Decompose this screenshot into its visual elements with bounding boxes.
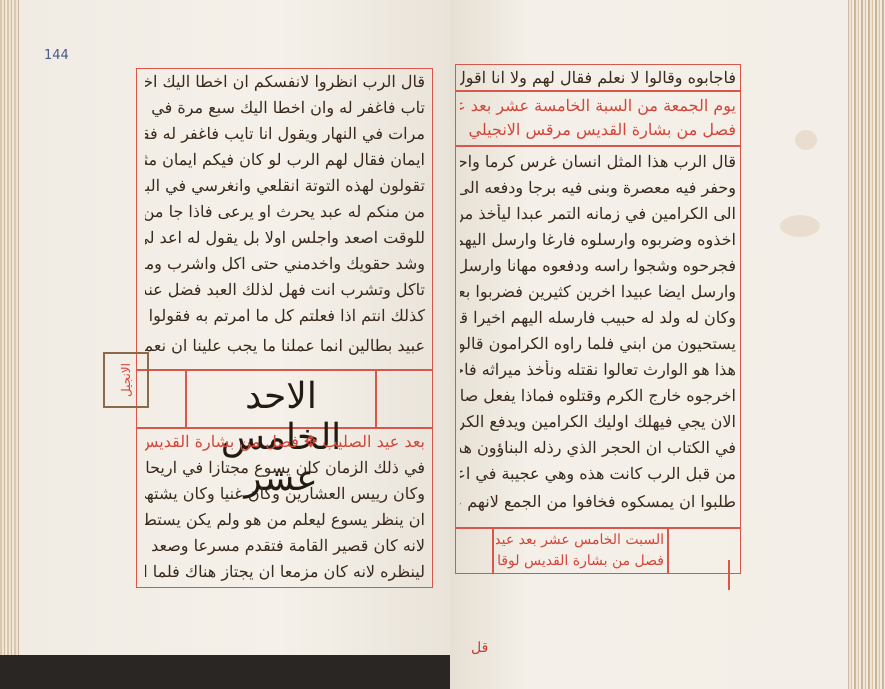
- margin-note-box: الانجيل: [103, 352, 149, 408]
- text-line: تاكل وتشرب انت فهل لذلك العبد فضل عنده ل…: [145, 280, 425, 300]
- stain: [780, 215, 820, 237]
- text-line: هذا هو الوارث تعالوا نقتله ونأخذ ميراثه …: [460, 360, 736, 380]
- text-line: تقولون لهذه التوتة انقلعي وانغرسي في الب…: [145, 176, 425, 196]
- rubric-heading: فصل من بشارة القديس مرقس الانجيلي: [460, 120, 736, 140]
- left-rule-inner-r: [375, 369, 377, 428]
- text-line: وارسل ايضا عبيدا اخرين كثيرين فضربوا بعض…: [460, 282, 736, 302]
- text-line: طلبوا ان يمسكوه فخافوا من الجمع لانهم عل…: [460, 492, 736, 512]
- folio-number: 144: [44, 48, 69, 63]
- text-line: في الكتاب ان الحجر الذي رذله البناؤون هذ…: [460, 438, 736, 458]
- rubric-heading: السبت الخامس عشر بعد عيد الصليب: [496, 530, 664, 550]
- text-line: وكان له ولد له حبيب فارسله اليهم اخيرا ق…: [460, 308, 736, 328]
- right-rule-2: [455, 145, 741, 147]
- text-line: كذلك انتم اذا فعلتم كل ما امرتم به فقولو…: [145, 306, 425, 326]
- text-line: قال الرب هذا المثل انسان غرس كرما واحاط …: [460, 152, 736, 172]
- right-rule-1: [455, 90, 741, 92]
- open-manuscript: 144 قال الرب انظروا لانفسكم ان اخطا اليك…: [0, 0, 885, 689]
- text-line: من منكم له عبد يحرث او يرعى فاذا جا من ا…: [145, 202, 425, 222]
- text-line: ايمان فقال لهم الرب لو كان فيكم ايمان مث…: [145, 150, 425, 170]
- text-line: يستحيون من ابني فلما راوه الكرامون قالوا…: [460, 334, 736, 354]
- catchword: قل: [471, 640, 488, 656]
- margin-note-text: الانجيل: [119, 363, 133, 397]
- text-line: عبيد بطالين انما عملنا ما يجب علينا ان ن…: [145, 336, 425, 356]
- text-line: للوقت اصعد واجلس اولا بل يقول له اعد لي …: [145, 228, 425, 248]
- text-line: اخرجوه خارج الكرم وقتلوه فماذا يفعل صاحب…: [460, 386, 736, 406]
- right-page-edges: [848, 0, 885, 689]
- text-line: الى الكرامين في زمانه التمر عبدا ليأخذ م…: [460, 204, 736, 224]
- text-line: وحفر فيه معصرة وبنى فيه برجا ودفعه الى ك…: [460, 178, 736, 198]
- right-rule-inner-r: [667, 527, 669, 574]
- text-line: قال الرب انظروا لانفسكم ان اخطا اليك اخو…: [145, 72, 425, 92]
- left-rule-top-heading: [136, 369, 433, 371]
- text-line: مرات في النهار ويقول انا تايب فاغفر له ف…: [145, 124, 425, 144]
- text-line: وشد حقويك واخدمني حتى اكل واشرب ومن بعد …: [145, 254, 425, 274]
- text-line: ان ينظر يسوع ليعلم من هو ولم يكن يستطيع …: [145, 510, 425, 530]
- right-rule-3: [455, 527, 741, 529]
- text-line: وكان رييس العشارين وكان غنيا وكان يشتهي: [145, 484, 425, 504]
- text-line: فجرحوه وشجوا راسه ودفعوه مهانا وارسل ايض…: [460, 256, 736, 276]
- text-line: لينظره لانه كان مزمعا ان يجتاز هناك فلما…: [145, 562, 425, 582]
- rubric-heading: بعد عيد الصليب ✥ فصل من بشارة القديس لوق…: [145, 432, 425, 452]
- right-rule-inner-l: [492, 527, 494, 574]
- rubric-heading: يوم الجمعة من السبة الخامسة عشر بعد عيد …: [460, 96, 736, 116]
- text-line: من قبل الرب كانت هذه وهي عجيبة في اعيننا…: [460, 464, 736, 484]
- text-line: تاب فاغفر له وان اخطا اليك سبع مرة في ال…: [145, 98, 425, 118]
- text-line: في ذلك الزمان كان يسوع مجتازا في اريحا و…: [145, 458, 425, 478]
- right-rule-ext: [728, 560, 730, 590]
- text-line: لانه كان قصير القامة فتقدم مسرعا وصعد ال…: [145, 536, 425, 556]
- rubric-heading: فصل من بشارة القديس لوقا الانجيلي: [496, 551, 664, 571]
- text-line: اخذوه وضربوه وارسلوه فارغا وارسل اليهم ا…: [460, 230, 736, 250]
- text-line: فاجابوه وقالوا لا نعلم فقال لهم ولا انا …: [460, 68, 736, 88]
- stain: [795, 130, 817, 150]
- text-line: الان يجي فيهلك اوليك الكرامين ويدفع الكر…: [460, 412, 736, 432]
- binding-shadow: [0, 655, 450, 689]
- left-page-edges: [0, 0, 22, 689]
- left-rule-inner-l: [185, 369, 187, 428]
